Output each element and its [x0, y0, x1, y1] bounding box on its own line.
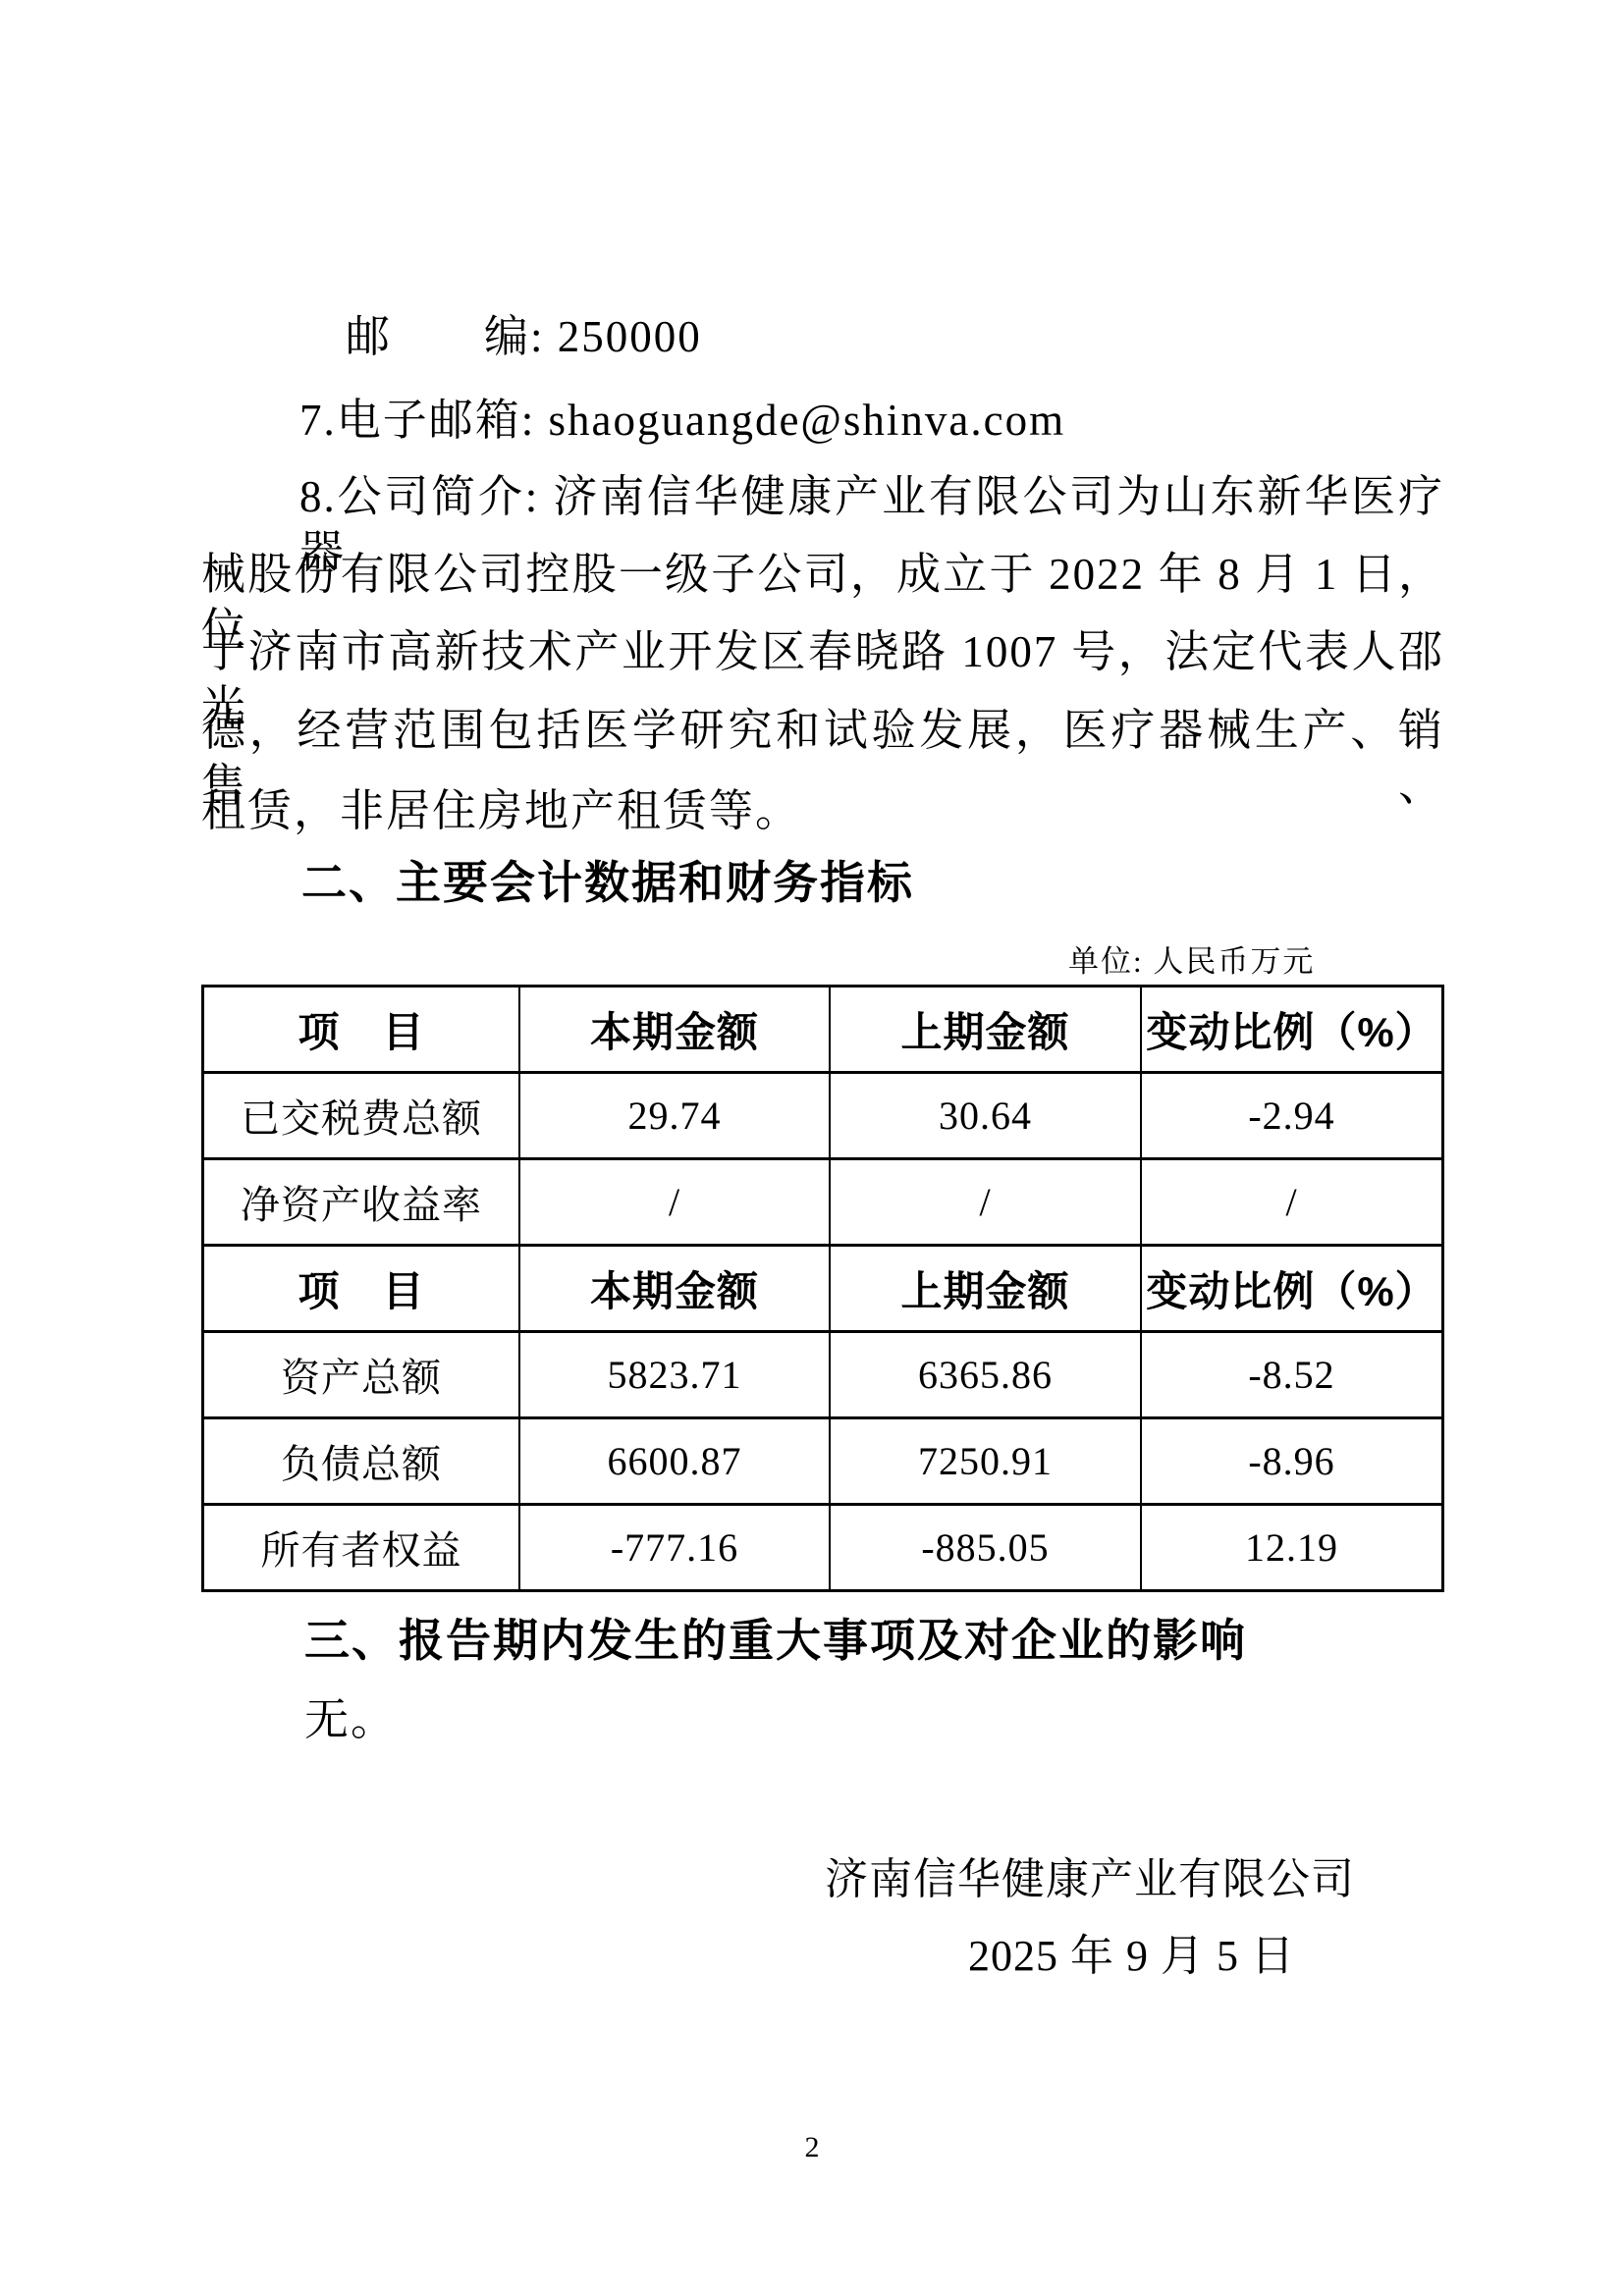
header-cell-current: 本期金额	[518, 1247, 829, 1330]
header-cell-current: 本期金额	[518, 988, 829, 1071]
postal-code-line: 邮 编: 250000	[346, 309, 702, 364]
header-cell-item: 项 目	[204, 988, 518, 1071]
row-prior: 30.64	[829, 1074, 1140, 1157]
header-cell-prior: 上期金额	[829, 988, 1140, 1071]
table-header-row: 项 目 本期金额 上期金额 变动比例（%）	[204, 988, 1441, 1071]
row-label: 负债总额	[204, 1419, 518, 1503]
section-3-heading: 三、报告期内发生的重大事项及对企业的影响	[304, 1614, 1247, 1667]
table-row: 所有者权益 -777.16 -885.05 12.19	[204, 1503, 1441, 1589]
signature-company: 济南信华健康产业有限公司	[825, 1853, 1355, 1906]
financial-indicators-table: 项 目 本期金额 上期金额 变动比例（%） 已交税费总额 29.74 30.64…	[201, 985, 1444, 1592]
header-cell-change: 变动比例（%）	[1140, 988, 1441, 1071]
row-change: 12.19	[1140, 1506, 1441, 1589]
row-label: 已交税费总额	[204, 1074, 518, 1157]
table-unit-note: 单位: 人民币万元	[1068, 942, 1315, 982]
row-current: 5823.71	[518, 1333, 829, 1416]
row-change: /	[1140, 1160, 1441, 1244]
row-prior: /	[829, 1160, 1140, 1244]
page-number: 2	[0, 2130, 1624, 2165]
row-prior: -885.05	[829, 1506, 1140, 1589]
header-cell-prior: 上期金额	[829, 1247, 1140, 1330]
row-label: 资产总额	[204, 1333, 518, 1416]
table-row: 已交税费总额 29.74 30.64 -2.94	[204, 1071, 1441, 1157]
row-prior: 6365.86	[829, 1333, 1140, 1416]
row-change: -8.96	[1140, 1419, 1441, 1503]
table-header-row-2: 项 目 本期金额 上期金额 变动比例（%）	[204, 1244, 1441, 1330]
row-label: 所有者权益	[204, 1506, 518, 1589]
section-2-heading: 二、主要会计数据和财务指标	[301, 856, 914, 909]
row-change: -8.52	[1140, 1333, 1441, 1416]
table-row: 资产总额 5823.71 6365.86 -8.52	[204, 1330, 1441, 1416]
row-change: -2.94	[1140, 1074, 1441, 1157]
profile-line-5: 租赁，非居住房地产租赁等。	[201, 783, 801, 838]
row-current: 29.74	[518, 1074, 829, 1157]
row-current: /	[518, 1160, 829, 1244]
header-cell-change: 变动比例（%）	[1140, 1247, 1441, 1330]
section-3-content: 无。	[304, 1692, 397, 1747]
email-line: 7.电子邮箱: shaoguangde@shinva.com	[299, 393, 1065, 448]
header-cell-item: 项 目	[204, 1247, 518, 1330]
row-label: 净资产收益率	[204, 1160, 518, 1244]
row-current: 6600.87	[518, 1419, 829, 1503]
table-row: 负债总额 6600.87 7250.91 -8.96	[204, 1416, 1441, 1503]
row-prior: 7250.91	[829, 1419, 1140, 1503]
document-page: 邮 编: 250000 7.电子邮箱: shaoguangde@shinva.c…	[0, 0, 1624, 2296]
signature-date: 2025 年 9 月 5 日	[968, 1930, 1295, 1983]
row-current: -777.16	[518, 1506, 829, 1589]
table-row: 净资产收益率 / / /	[204, 1157, 1441, 1244]
